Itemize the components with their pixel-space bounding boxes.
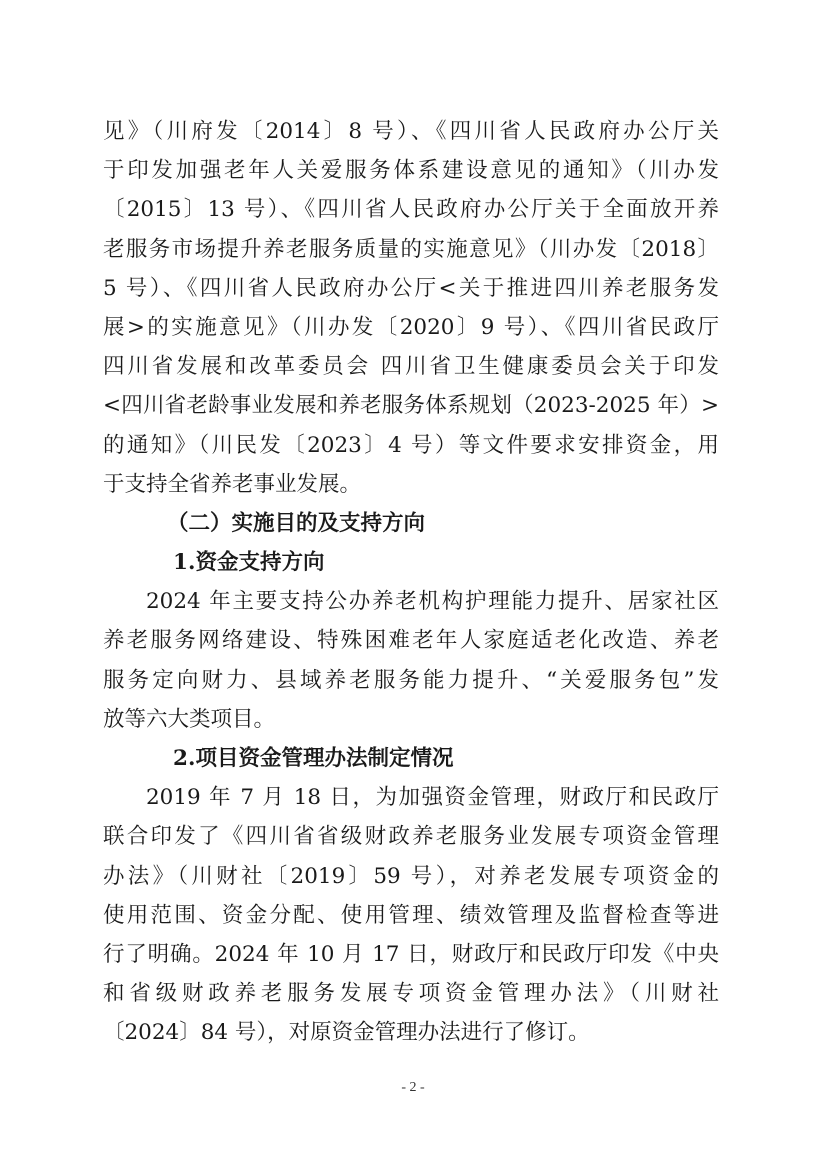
text-line: 和省级财政养老服务发展专项资金管理办法》（川财社	[103, 974, 719, 1013]
subheading-funding-direction: 1.资金支持方向	[103, 543, 719, 582]
text-line: 于支持全省养老事业发展。	[103, 465, 719, 504]
text-line: 展>的实施意见》（川办发〔2020〕9 号）、《四川省民政厅	[103, 308, 719, 347]
text-line: <四川省老龄事业发展和养老服务体系规划（2023-2025 年）>	[103, 386, 719, 425]
section-heading: （二）实施目的及支持方向	[103, 504, 719, 543]
text-line: 放等六大类项目。	[103, 700, 719, 739]
paragraph-policy-basis: 见》（川府发〔2014〕8 号）、《四川省人民政府办公厅关 于印发加强老年人关爱…	[103, 112, 719, 504]
text-line: 服务定向财力、县域养老服务能力提升、“关爱服务包”发	[103, 661, 719, 700]
text-line: 四川省发展和改革委员会 四川省卫生健康委员会关于印发	[103, 347, 719, 386]
text-line: 〔2024〕84 号），对原资金管理办法进行了修订。	[103, 1013, 719, 1052]
subheading-management-measures: 2.项目资金管理办法制定情况	[103, 739, 719, 778]
text-line: 见》（川府发〔2014〕8 号）、《四川省人民政府办公厅关	[103, 112, 719, 151]
text-line: 使用范围、资金分配、使用管理、绩效管理及监督检查等进	[103, 896, 719, 935]
text-line: 2019 年 7 月 18 日，为加强资金管理，财政厅和民政厅	[103, 778, 719, 817]
text-line: 办法》（川财社〔2019〕59 号），对养老发展专项资金的	[103, 857, 719, 896]
document-body: 见》（川府发〔2014〕8 号）、《四川省人民政府办公厅关 于印发加强老年人关爱…	[103, 112, 719, 1053]
text-line: 5 号）、《四川省人民政府办公厅<关于推进四川养老服务发	[103, 269, 719, 308]
text-line: 老服务市场提升养老服务质量的实施意见》（川办发〔2018〕	[103, 230, 719, 269]
text-line: 行了明确。2024 年 10 月 17 日，财政厅和民政厅印发《中央	[103, 935, 719, 974]
text-line: 〔2015〕13 号）、《四川省人民政府办公厅关于全面放开养	[103, 190, 719, 229]
paragraph-management-measures: 2019 年 7 月 18 日，为加强资金管理，财政厅和民政厅 联合印发了《四川…	[103, 778, 719, 1052]
page-number: - 2 -	[0, 1080, 826, 1096]
text-line: 于印发加强老年人关爱服务体系建设意见的通知》（川办发	[103, 151, 719, 190]
text-line: 联合印发了《四川省省级财政养老服务业发展专项资金管理	[103, 817, 719, 856]
text-line: 的通知》（川民发〔2023〕4 号）等文件要求安排资金，用	[103, 426, 719, 465]
document-page: 见》（川府发〔2014〕8 号）、《四川省人民政府办公厅关 于印发加强老年人关爱…	[0, 0, 826, 1169]
text-line: 2024 年主要支持公办养老机构护理能力提升、居家社区	[103, 582, 719, 621]
paragraph-funding-direction: 2024 年主要支持公办养老机构护理能力提升、居家社区 养老服务网络建设、特殊困…	[103, 582, 719, 739]
text-line: 养老服务网络建设、特殊困难老年人家庭适老化改造、养老	[103, 621, 719, 660]
